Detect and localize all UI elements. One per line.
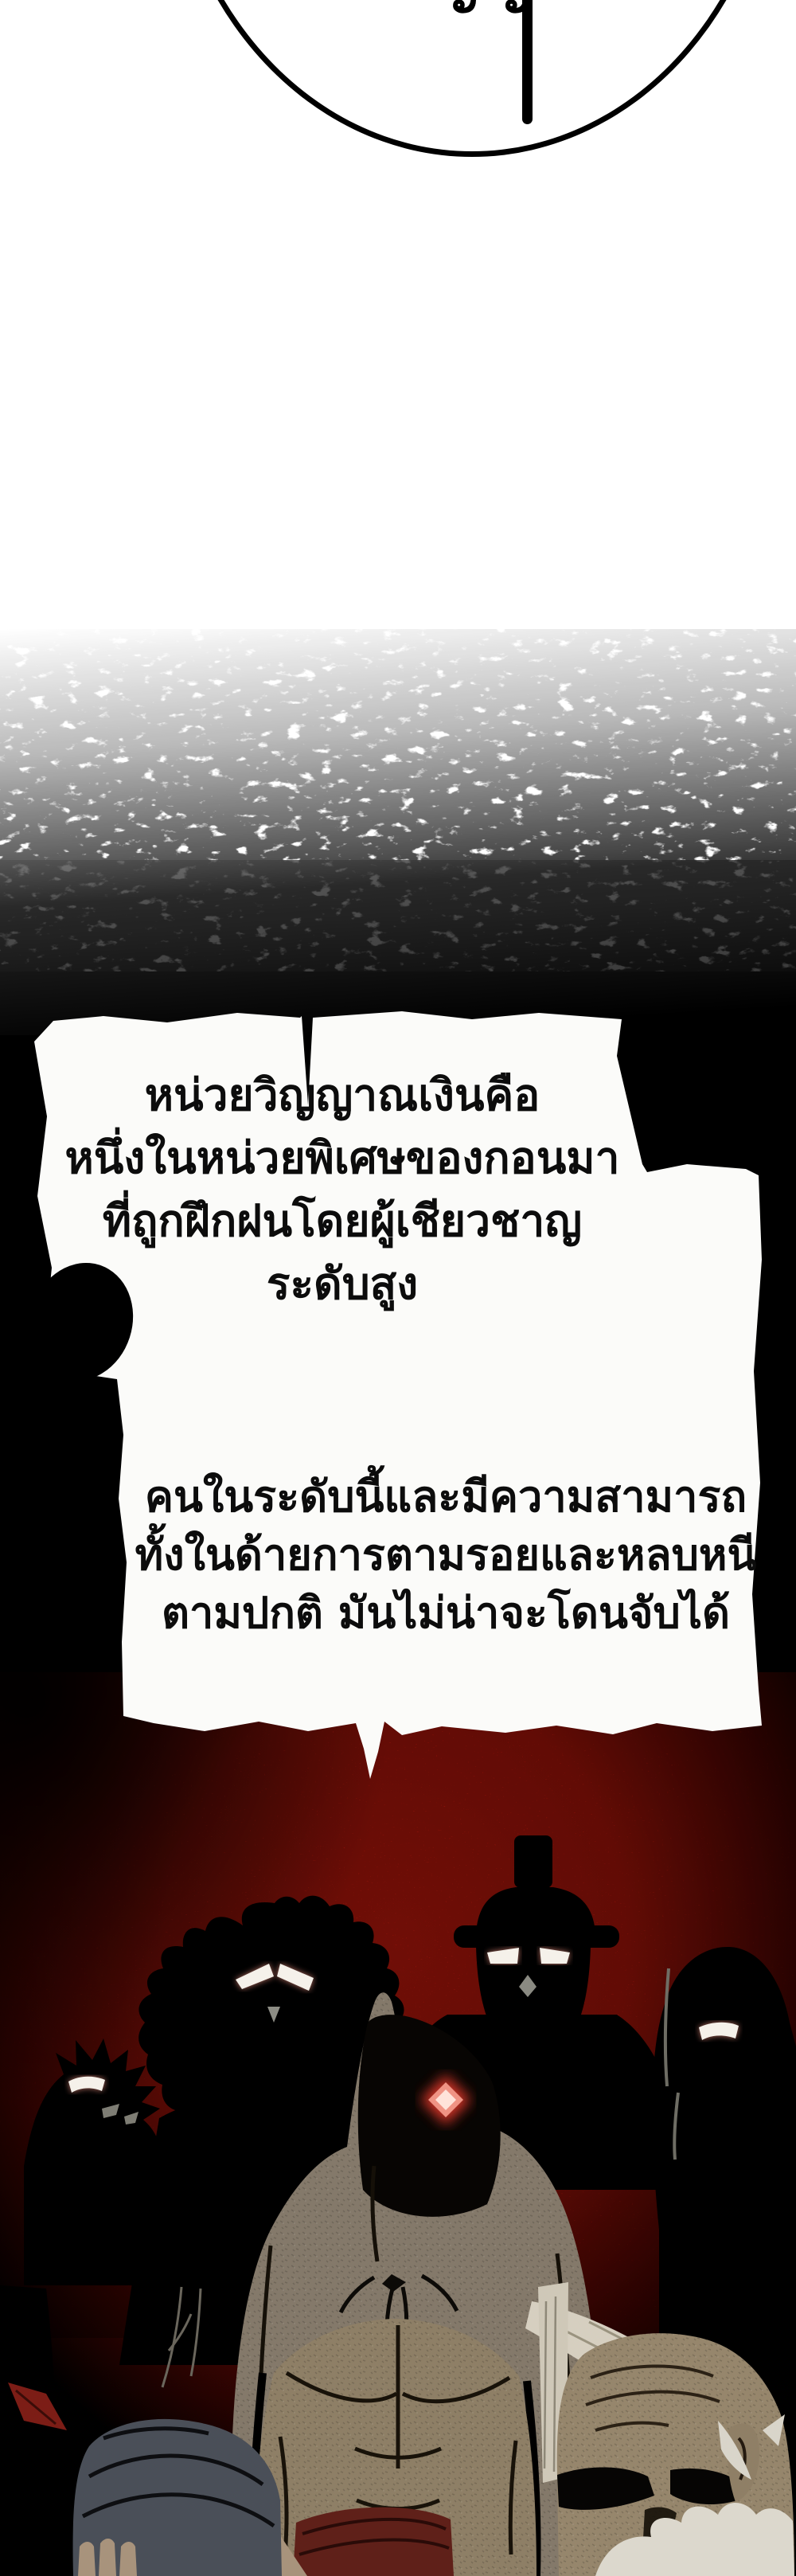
narration-line: ระดับสูง: [24, 1253, 661, 1315]
narration-line: ตามปกติ มันไม่น่าจะโดนจับได้: [103, 1584, 788, 1642]
comic-page: หน่วยวิญญาณเงิน!?: [0, 0, 796, 2576]
speech-bubble-stroke: [522, 0, 533, 124]
narration-line: หนึ่งในหน่วยพิเศษของกอนมา: [24, 1127, 661, 1190]
speech-bubble-text: หน่วยวิญญาณเงิน!?: [239, 0, 700, 41]
narration-line: หน่วยวิญญาณเงินคือ: [24, 1064, 661, 1127]
muscular-torso: [253, 2319, 537, 2576]
fingers: [78, 2539, 137, 2576]
narration-line: คนในระดับนี้และมีความสามารถ: [103, 1468, 788, 1526]
noise-gradient-band: [0, 629, 796, 1051]
red-scene: [0, 1672, 796, 2576]
narration-line: ทั้งในด้ายการตามรอยและหลบหนี: [103, 1526, 788, 1584]
narration-line: ที่ถูกฝึกฝนโดยผู้เชียวชาญ: [24, 1190, 661, 1253]
narration-paragraph-2: คนในระดับนี้และมีความสามารถ ทั้งในด้ายกา…: [103, 1468, 788, 1642]
narration-paragraph-1: หน่วยวิญญาณเงินคือ หนึ่งในหน่วยพิเศษของก…: [24, 1064, 661, 1315]
old-man: [557, 2333, 796, 2576]
square-hair-silhouette: [652, 1947, 796, 2389]
